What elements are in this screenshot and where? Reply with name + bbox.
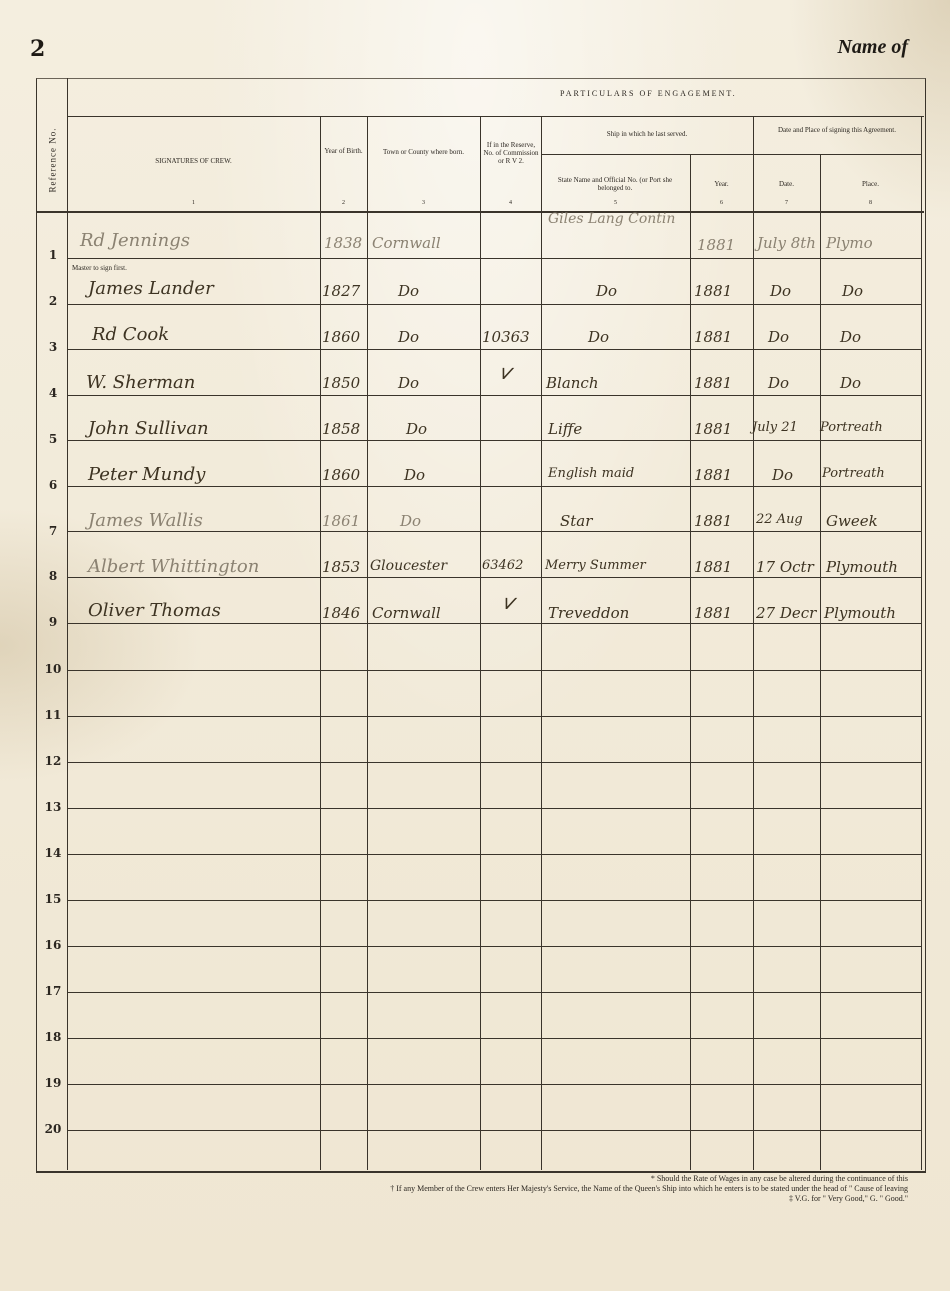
- birth-year: 1850: [322, 374, 360, 392]
- col-divider-6: [690, 154, 691, 1170]
- row-line: [67, 577, 921, 578]
- birthplace: Do: [398, 374, 419, 392]
- birthplace: Do: [404, 466, 425, 484]
- row-line: [67, 992, 921, 993]
- signature: Albert Whittington: [88, 556, 259, 577]
- signature: John Sullivan: [88, 418, 209, 439]
- last-ship: Do: [588, 328, 609, 346]
- last-ship: English maid: [548, 466, 634, 481]
- header-last-ship-group: Ship in which he last served.: [541, 130, 753, 138]
- ref-number: 13: [40, 800, 66, 814]
- page-number: 2: [30, 36, 45, 62]
- col-divider-8: [820, 154, 821, 1170]
- signature: Oliver Thomas: [88, 600, 221, 621]
- signature: W. Sherman: [86, 372, 195, 393]
- sign-date: 22 Aug: [756, 512, 803, 527]
- last-ship: Merry Summer: [545, 558, 646, 573]
- col-number-4: 4: [480, 200, 541, 206]
- col-divider-7: [753, 116, 754, 1170]
- row-line: [67, 349, 921, 350]
- birthplace: Do: [406, 420, 427, 438]
- ship-year: 1881: [697, 236, 735, 254]
- row-line: [67, 762, 921, 763]
- master-note: Master to sign first.: [72, 264, 127, 272]
- row-line: [67, 1084, 921, 1085]
- col-number-6: 6: [690, 200, 753, 206]
- sign-place: Plymo: [826, 234, 873, 252]
- col-divider-end: [921, 116, 922, 1170]
- sign-place: Gweek: [826, 512, 878, 530]
- birth-year: 1827: [322, 282, 360, 300]
- header-date-place-group: Date and Place of signing this Agreement…: [753, 126, 921, 134]
- birth-year: 1858: [322, 420, 360, 438]
- sign-date: Do: [768, 328, 789, 346]
- footnote-wages: * Should the Rate of Wages in any case b…: [390, 1174, 908, 1184]
- ship-year: 1881: [694, 328, 732, 346]
- sign-date: Do: [772, 466, 793, 484]
- col-number-1: 1: [67, 200, 320, 206]
- birthplace: Cornwall: [372, 234, 441, 252]
- sign-date: 27 Decr: [756, 604, 816, 622]
- ref-number: 20: [40, 1122, 66, 1136]
- ref-number: 6: [40, 478, 66, 492]
- birth-year: 1861: [322, 512, 360, 530]
- footnote-service: † If any Member of the Crew enters Her M…: [390, 1184, 908, 1194]
- reserve-number: 10363: [482, 328, 530, 346]
- row-line: [67, 808, 921, 809]
- col-number-5: 5: [541, 200, 690, 206]
- sign-date: Do: [768, 374, 789, 392]
- signature: Peter Mundy: [88, 464, 205, 485]
- birth-year: 1860: [322, 466, 360, 484]
- signature: Rd Cook: [92, 324, 169, 345]
- ship-year: 1881: [694, 604, 732, 622]
- header-ship-year: Year.: [690, 180, 753, 188]
- ref-number: 16: [40, 938, 66, 952]
- crew-mark-icon: ⩗: [502, 360, 514, 385]
- header-divider: [67, 116, 924, 117]
- last-ship: Giles Lang Contin: [548, 210, 688, 228]
- birth-year: 1846: [322, 604, 360, 622]
- ref-number: 19: [40, 1076, 66, 1090]
- row-line: [67, 258, 921, 259]
- row-line: [67, 946, 921, 947]
- sign-date: 17 Octr: [756, 558, 814, 576]
- reserve-number: 63462: [482, 558, 523, 573]
- birthplace: Cornwall: [372, 604, 441, 622]
- header-year-of-birth: Year of Birth.: [320, 147, 367, 155]
- header-signatures: SIGNATURES OF CREW.: [67, 157, 320, 165]
- ref-number: 14: [40, 846, 66, 860]
- sign-place: Portreath: [822, 466, 885, 481]
- ref-number: 8: [40, 569, 66, 583]
- ship-year: 1881: [694, 558, 732, 576]
- ref-number: 9: [40, 615, 66, 629]
- birth-year: 1860: [322, 328, 360, 346]
- sign-place: Do: [840, 374, 861, 392]
- header-reserve-no: If in the Reserve, No. of Commission or …: [482, 141, 540, 165]
- row-line: [67, 304, 921, 305]
- ref-number: 18: [40, 1030, 66, 1044]
- signature: Rd Jennings: [80, 230, 190, 251]
- sign-date: Do: [770, 282, 791, 300]
- reference-no-label: Reference No.: [47, 128, 57, 193]
- row-line: [67, 854, 921, 855]
- sign-place: Do: [842, 282, 863, 300]
- header-place: Place.: [820, 180, 921, 188]
- date-place-subdivider: [753, 154, 921, 155]
- row-line: [67, 623, 921, 624]
- signature: James Wallis: [88, 510, 203, 531]
- sign-place: Plymouth: [826, 558, 898, 576]
- sign-place: Plymouth: [824, 604, 896, 622]
- row-line: [67, 486, 921, 487]
- col-number-2: 2: [320, 200, 367, 206]
- row-line: [67, 531, 921, 532]
- row-line: [67, 440, 921, 441]
- ref-number: 3: [40, 340, 66, 354]
- col-number-3: 3: [367, 200, 480, 206]
- ship-year: 1881: [694, 512, 732, 530]
- ref-number: 17: [40, 984, 66, 998]
- birthplace: Do: [400, 512, 421, 530]
- birthplace: Gloucester: [370, 558, 447, 574]
- col-number-7: 7: [753, 200, 820, 206]
- header-ship-name: State Name and Official No. (or Port she…: [545, 176, 685, 192]
- row-line: [67, 1130, 921, 1131]
- crew-mark-icon: ⩗: [505, 590, 517, 615]
- col-number-8: 8: [820, 200, 921, 206]
- ship-year: 1881: [694, 374, 732, 392]
- ref-number: 1: [40, 248, 66, 262]
- col-divider-5: [541, 116, 542, 1170]
- ship-year: 1881: [694, 420, 732, 438]
- birth-year: 1853: [322, 558, 360, 576]
- sign-date: July 8th: [757, 234, 816, 252]
- sign-place: Do: [840, 328, 861, 346]
- birthplace: Do: [398, 328, 419, 346]
- ref-number: 5: [40, 432, 66, 446]
- signature: James Lander: [88, 278, 214, 299]
- col-divider-3: [367, 116, 368, 1170]
- ship-year: 1881: [694, 282, 732, 300]
- header-town-born: Town or County where born.: [367, 148, 480, 156]
- birthplace: Do: [398, 282, 419, 300]
- footnotes: * Should the Rate of Wages in any case b…: [390, 1174, 908, 1204]
- row-line: [67, 1038, 921, 1039]
- header-date: Date.: [753, 180, 820, 188]
- birth-year: 1838: [324, 234, 362, 252]
- footnote-ratings: ‡ V.G. for " Very Good," G. " Good.": [390, 1194, 908, 1204]
- last-ship: Star: [560, 512, 592, 530]
- particulars-title: PARTICULARS OF ENGAGEMENT.: [560, 89, 737, 98]
- sign-place: Portreath: [820, 420, 883, 435]
- last-ship-subdivider: [541, 154, 753, 155]
- row-line: [67, 395, 921, 396]
- ref-number: 15: [40, 892, 66, 906]
- header-name-of: Name of: [837, 36, 908, 59]
- ship-year: 1881: [694, 466, 732, 484]
- row-line: [67, 900, 921, 901]
- last-ship: Liffe: [548, 420, 582, 438]
- row-line: [67, 670, 921, 671]
- ref-column-divider: [67, 78, 68, 1170]
- last-ship: Treveddon: [548, 604, 629, 622]
- last-ship: Blanch: [546, 374, 599, 392]
- ref-number: 4: [40, 386, 66, 400]
- ref-number: 7: [40, 524, 66, 538]
- row-line: [67, 716, 921, 717]
- col-divider-4: [480, 116, 481, 1170]
- sign-date: July 21: [752, 420, 798, 435]
- col-divider-2: [320, 116, 321, 1170]
- ref-number: 11: [40, 708, 66, 722]
- ref-number: 2: [40, 294, 66, 308]
- last-ship: Do: [596, 282, 617, 300]
- ref-number: 10: [40, 662, 66, 676]
- ref-number: 12: [40, 754, 66, 768]
